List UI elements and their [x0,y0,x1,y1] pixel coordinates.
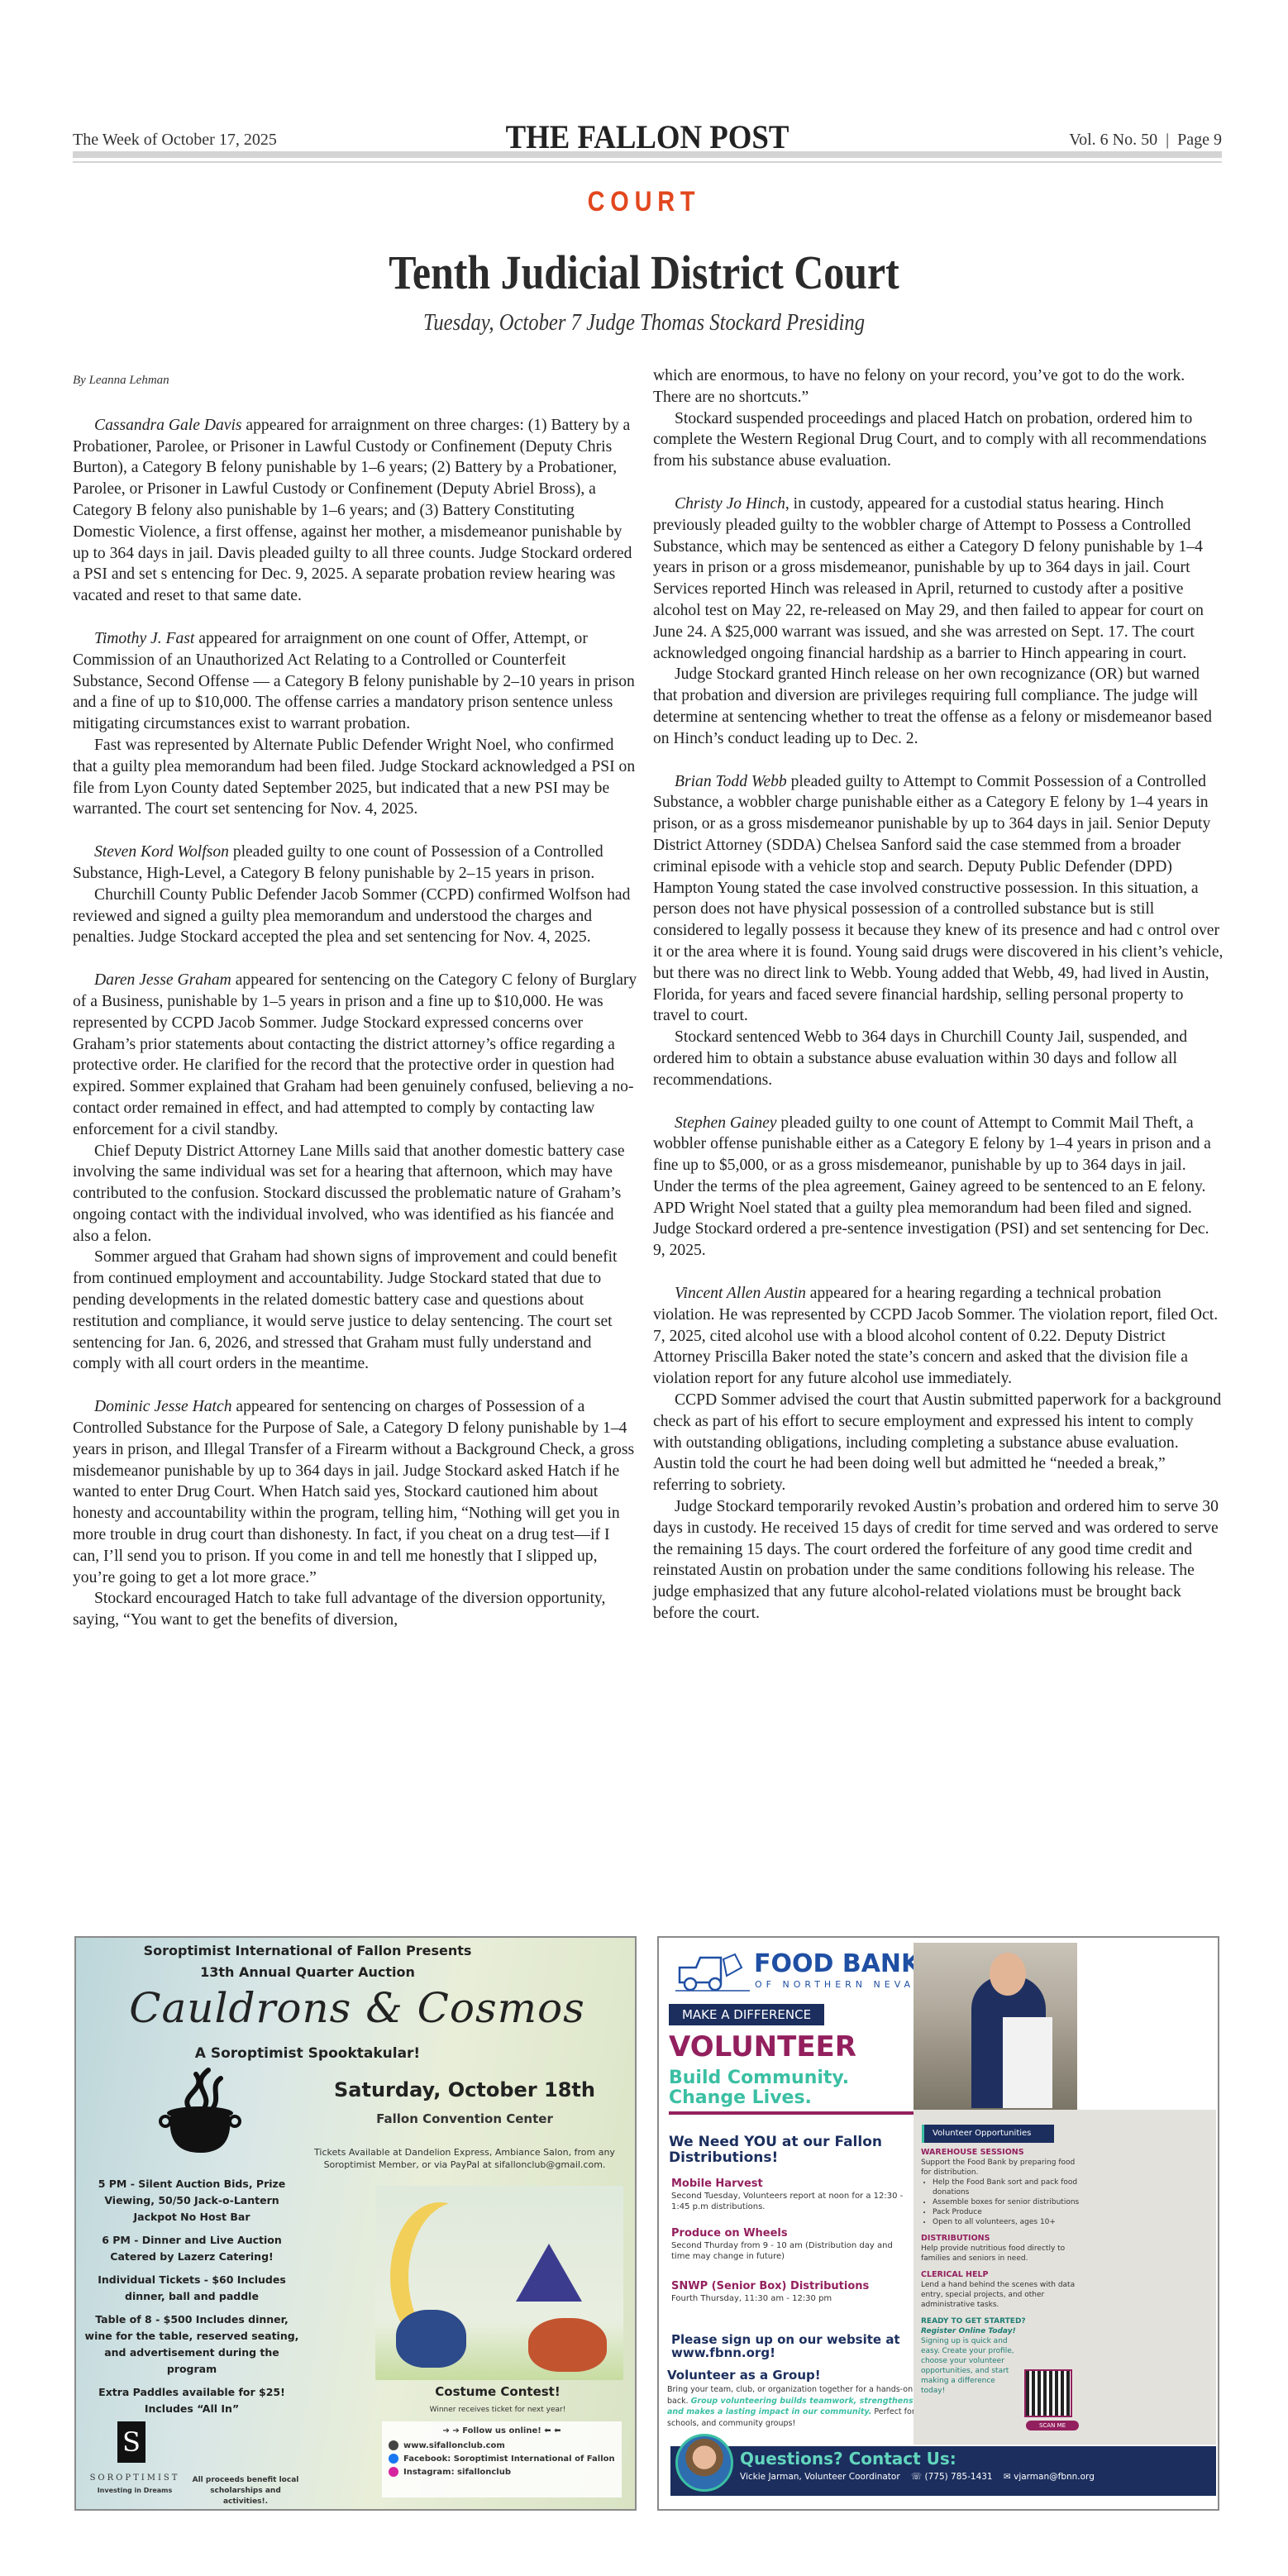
facebook-icon [389,2454,398,2464]
article-paragraph: Stephen Gainey pleaded guilty to one cou… [653,1113,1224,1262]
opportunities-list: WAREHOUSE SESSIONS Support the Food Bank… [921,2148,1086,2396]
food-bank-region: OF NORTHERN NEVADA [755,1979,936,1990]
volunteer-heading: VOLUNTEER [669,2030,856,2063]
social-links: ➔ ➔ Follow us online! ⬅ ⬅ www.sifalloncl… [382,2421,622,2497]
make-difference-banner: MAKE A DIFFERENCE [669,2004,824,2025]
article-paragraph: Judge Stockard granted Hinch release on … [653,664,1224,749]
signup-note: Please sign up on our website at www.fbn… [671,2333,911,2359]
article-paragraph: CCPD Sommer advised the court that Austi… [653,1390,1224,1496]
defendant-name: Brian Todd Webb [675,773,787,790]
volunteer-face [990,1953,1026,1996]
ad-event-date: Saturday, October 18th [291,2078,637,2101]
masthead-rule [73,151,1222,158]
distribution-item: SNWP (Senior Box) DistributionsFourth Th… [671,2280,911,2304]
distribution-item: Mobile HarvestSecond Tuesday, Volunteers… [671,2178,911,2212]
opportunity-bullet: Help the Food Bank sort and pack food do… [933,2178,1086,2197]
schedule-item: Extra Paddles available for $25! Include… [84,2384,299,2417]
schedule-item: 5 PM - Silent Auction Bids, Prize Viewin… [84,2176,299,2225]
article-paragraph: Sommer argued that Graham had shown sign… [73,1247,639,1375]
schedule-item: Table of 8 - $500 Includes dinner, wine … [84,2311,299,2378]
defendant-name: Christy Jo Hinch [675,495,785,513]
food-bank-name: FOOD BANK [754,1949,920,1978]
defendant-name: Daren Jesse Graham [94,971,231,989]
volunteer-photo [914,1943,1077,2110]
need-heading: We Need YOU at our Fallon Distributions! [669,2135,909,2166]
costume-prize: Winner receives ticket for next year! [374,2406,622,2414]
article-paragraph: Steven Kord Wolfson pleaded guilty to on… [73,842,639,885]
page-number: Page 9 [1177,131,1222,149]
separator: | [1166,131,1169,149]
ad-ticket-info: Tickets Available at Dandelion Express, … [291,2146,637,2171]
article-paragraph: Timothy J. Fast appeared for arraignment… [73,628,639,735]
truck-logo-icon [675,1951,750,1992]
defendant-name: Vincent Allen Austin [675,1285,806,1302]
subheadline: Tuesday, October 7 Judge Thomas Stockard… [77,310,1210,336]
donation-box [1003,2017,1052,2108]
article-column-left: By Leanna Lehman Cassandra Gale Davis ap… [73,370,639,1631]
coordinator-avatar [675,2434,733,2492]
article-paragraph: Churchill County Public Defender Jacob S… [73,885,639,948]
issue-volume-page: Vol. 6 No. 50|Page 9 [1069,131,1222,150]
phone-number[interactable]: (775) 785-1431 [924,2472,992,2482]
headline: Tenth Judicial District Court [90,245,1198,300]
coordinator-name: Vickie Jarman, Volunteer Coordinator [740,2472,900,2482]
article-paragraph: Fast was represented by Alternate Public… [73,735,639,820]
contact-details: Vickie Jarman, Volunteer Coordinator ☏ (… [740,2472,1211,2482]
ad-venue: Fallon Convention Center [291,2111,637,2126]
defendant-name: Dominic Jesse Hatch [94,1398,232,1415]
distribution-item: Produce on WheelsSecond Thurday from 9 -… [671,2227,911,2262]
phone-icon: ☏ [911,2472,922,2482]
ad-presenter: Soroptimist International of Fallon Pres… [76,1943,539,1958]
volume-number: Vol. 6 No. 50 [1069,131,1157,149]
cauldron-icon [150,2062,250,2161]
article-paragraph: Stockard sentenced Webb to 364 days in C… [653,1027,1224,1090]
article-paragraph: Dominic Jesse Hatch appeared for sentenc… [73,1396,639,1588]
cauldron-orange-icon [528,2318,607,2372]
facebook-link[interactable]: Facebook: Soroptimist International of F… [403,2454,615,2464]
instagram-icon [389,2467,398,2477]
article-paragraph: which are enormous, to have no felony on… [653,365,1224,408]
opportunity-bullet: Assemble boxes for senior distributions [933,2197,1086,2207]
defendant-name: Timothy J. Fast [94,630,194,647]
masthead-rule-thin [73,161,1222,163]
ad-tagline: A Soroptimist Spooktakular! [184,2045,432,2062]
soroptimist-logo: S [117,2421,145,2463]
witch-illustration [375,2186,623,2380]
opportunities-header: Volunteer Opportunities [922,2125,1054,2143]
schedule-item: 6 PM - Dinner and Live Auction Catered b… [84,2232,299,2265]
opportunity-bullet: Open to all volunteers, ages 10+ [933,2217,1086,2227]
ad-event-name: 13th Annual Quarter Auction [76,1964,539,1980]
ad-event-title: Cauldrons & Cosmos [76,1984,637,2032]
website-link[interactable]: www.sifallonclub.com [403,2441,505,2450]
defendant-name: Steven Kord Wolfson [94,843,229,861]
brand-name: SOROPTIMIST [81,2473,188,2483]
instagram-link[interactable]: Instagram: sifallonclub [403,2468,511,2477]
article-paragraph: Chief Deputy District Attorney Lane Mill… [73,1141,639,1247]
scan-me-label: SCAN ME [1026,2421,1079,2431]
soroptimist-auction-ad: Soroptimist International of Fallon Pres… [74,1936,637,2511]
section-label: COURT [97,186,1191,218]
schedule-item: Individual Tickets - $60 Includes dinner… [84,2272,299,2305]
article-paragraph: Daren Jesse Graham appeared for sentenci… [73,970,639,1140]
newspaper-title: THE FALLON POST [119,117,1176,156]
globe-icon [389,2440,398,2450]
masthead: The Week of October 17, 2025 THE FALLON … [73,122,1222,155]
costume-contest: Costume Contest! [374,2384,622,2399]
article-paragraph: Stockard encouraged Hatch to take full a… [73,1588,639,1631]
article-paragraph: Judge Stockard temporarily revoked Austi… [653,1496,1224,1624]
follow-heading: ➔ ➔ Follow us online! ⬅ ⬅ [389,2426,615,2435]
group-heading: Volunteer as a Group! [667,2368,821,2383]
proceeds-note: All proceeds benefit local scholarships … [192,2475,299,2507]
witch-hat-icon [516,2244,582,2302]
article-column-right: which are enormous, to have no felony on… [653,365,1224,1624]
food-bank-volunteer-ad: FOOD BANK OF NORTHERN NEVADA MAKE A DIFF… [657,1936,1219,2511]
defendant-name: Stephen Gainey [675,1114,777,1132]
email-icon: ✉ [1004,2472,1011,2482]
cauldron-blue-icon [396,2310,466,2368]
article-paragraph: Cassandra Gale Davis appeared for arraig… [73,415,639,607]
defendant-name: Cassandra Gale Davis [94,417,242,434]
byline: By Leanna Lehman [73,370,639,392]
article-paragraph: Vincent Allen Austin appeared for a hear… [653,1283,1224,1390]
opportunity-bullet: Pack Produce [933,2207,1086,2217]
article-paragraph: Brian Todd Webb pleaded guilty to Attemp… [653,771,1224,1028]
ad-schedule: 5 PM - Silent Auction Bids, Prize Viewin… [84,2176,299,2424]
slogan: Build Community.Change Lives. [669,2068,849,2108]
qr-code-icon[interactable] [1024,2369,1072,2417]
email-address[interactable]: vjarman@fbnn.org [1014,2472,1095,2482]
article-paragraph: Christy Jo Hinch, in custody, appeared f… [653,494,1224,664]
brand-tagline: Investing in Dreams [81,2487,188,2494]
contact-heading: Questions? Contact Us: [740,2449,956,2469]
article-paragraph: Stockard suspended proceedings and place… [653,408,1224,472]
